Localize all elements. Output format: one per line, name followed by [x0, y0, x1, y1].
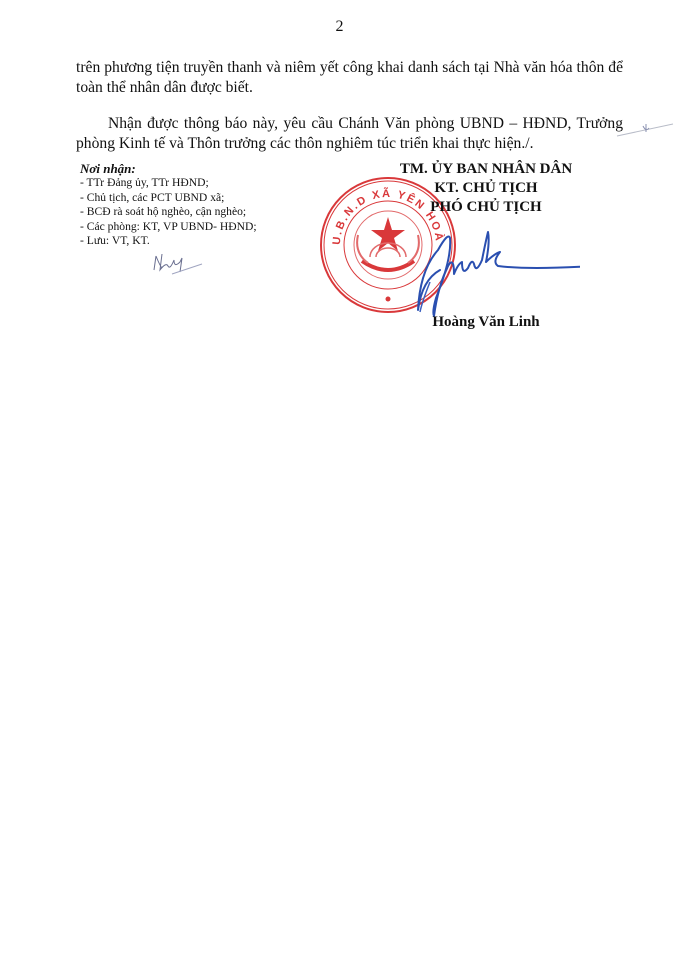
page-number: 2 — [0, 18, 679, 36]
signer-line-2: KT. CHỦ TỊCH — [380, 179, 592, 198]
body-paragraph-1: trên phương tiện truyền thanh và niêm yế… — [76, 58, 623, 98]
recipient-item: - TTr Đảng ủy, TTr HĐND; — [80, 176, 257, 191]
body-paragraph-2: Nhận được thông báo này, yêu cầu Chánh V… — [76, 114, 623, 154]
signer-title-block: TM. ỦY BAN NHÂN DÂN KT. CHỦ TỊCH PHÓ CHỦ… — [380, 160, 592, 217]
recipient-item: - Các phòng: KT, VP UBND- HĐND; — [80, 220, 257, 235]
recipient-item: - Lưu: VT, KT. — [80, 234, 257, 249]
recipients-list: Nơi nhận: - TTr Đảng ủy, TTr HĐND; - Chủ… — [80, 161, 257, 249]
recipient-item: - BCĐ rà soát hộ nghèo, cận nghèo; — [80, 205, 257, 220]
initial-mark-icon — [615, 120, 675, 140]
recipient-item: - Chủ tịch, các PCT UBND xã; — [80, 191, 257, 206]
signer-line-1: TM. ỦY BAN NHÂN DÂN — [380, 160, 592, 179]
handwritten-signature-icon — [400, 210, 580, 320]
initial-signature-icon — [150, 248, 205, 278]
recipients-title: Nơi nhận: — [80, 161, 257, 176]
signer-name: Hoàng Văn Linh — [380, 314, 592, 331]
